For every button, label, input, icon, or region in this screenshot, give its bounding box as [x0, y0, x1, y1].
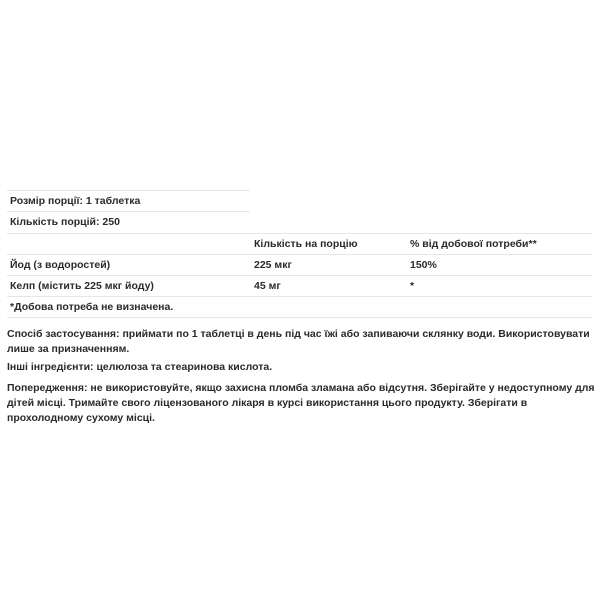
nutrient-name: Йод (з водоростей) — [10, 255, 110, 275]
nutrient-amount: 225 мкг — [254, 255, 292, 275]
supplement-facts-table: Розмір порції: 1 таблетка Кількість порц… — [7, 190, 592, 318]
other-ingredients: Інші інгредієнти: целюлоза та стеаринова… — [7, 360, 597, 375]
servings-per-container: Кількість порцій: 250 — [10, 212, 120, 232]
nutrient-daily-value: * — [410, 276, 414, 296]
nutrient-name: Келп (містить 225 мкг йоду) — [10, 276, 154, 296]
serving-size-row: Розмір порції: 1 таблетка — [7, 190, 250, 211]
header-daily-value: % від добової потреби** — [410, 234, 537, 254]
usage-instructions: Спосіб застосування: приймати по 1 табле… — [7, 327, 597, 357]
warning-text: Попередження: не використовуйте, якщо за… — [7, 381, 597, 426]
table-header-row: Кількість на порцію % від добової потреб… — [7, 233, 592, 254]
serving-size: Розмір порції: 1 таблетка — [10, 191, 140, 211]
table-row: Йод (з водоростей) 225 мкг 150% — [7, 254, 592, 275]
servings-per-container-row: Кількість порцій: 250 — [7, 211, 250, 232]
footnote: *Добова потреба не визначена. — [10, 297, 173, 316]
header-amount-per-serving: Кількість на порцію — [254, 234, 358, 254]
table-row: Келп (містить 225 мкг йоду) 45 мг * — [7, 275, 592, 296]
footnote-row: *Добова потреба не визначена. — [7, 296, 592, 317]
nutrient-amount: 45 мг — [254, 276, 281, 296]
nutrient-daily-value: 150% — [410, 255, 437, 275]
